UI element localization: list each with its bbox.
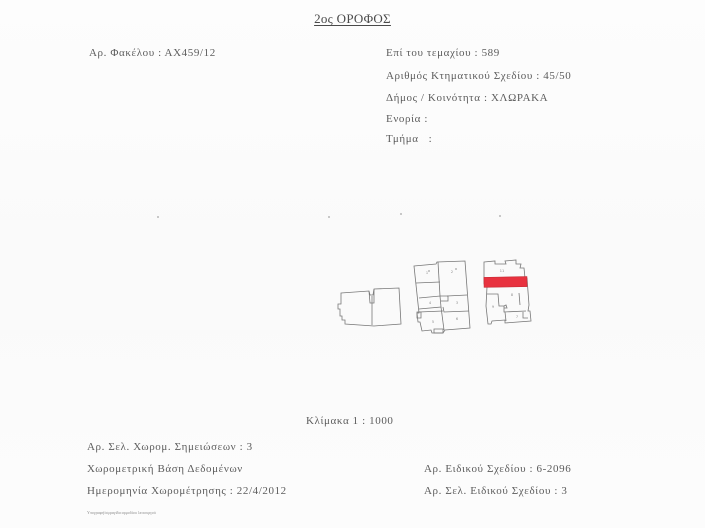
svg-text:7: 7 <box>516 315 518 319</box>
survey-db-label: Χωρομετρική Βάση Δεδομένων <box>87 463 243 475</box>
svg-text:9: 9 <box>492 305 494 309</box>
highlighted-unit <box>484 277 527 288</box>
special-plan-value: 6-2096 <box>537 463 572 475</box>
survey-sheets-value: 3 <box>247 441 253 453</box>
survey-date-label: Ημερομηνία Χωρομέτρησης <box>87 485 226 497</box>
svg-text:1: 1 <box>426 271 428 275</box>
signature-note: Υπογραφή/σφραγίδα αρμοδίου λειτουργού <box>87 510 156 515</box>
svg-text:4: 4 <box>429 301 432 305</box>
special-plan-label: Αρ. Ειδικού Σχεδίου <box>424 463 526 475</box>
svg-text:8: 8 <box>511 293 513 297</box>
right-building-outline <box>484 260 531 324</box>
survey-db-row: Χωρομετρική Βάση Δεδομένων <box>87 463 243 475</box>
survey-sheets-row: Αρ. Σελ. Χωρομ. Σημειώσεων : 3 <box>87 441 253 453</box>
left-building-outline <box>338 288 401 326</box>
document-page: 2ος ΟΡΟΦΟΣ Αρ. Φακέλου : ΑΧ459/12 Επί το… <box>0 0 705 528</box>
svg-text:3: 3 <box>456 301 458 305</box>
special-plan-sheet-row: Αρ. Σελ. Ειδικού Σχεδίου : 3 <box>424 485 567 497</box>
scale-label: Κλίμακα 1 : 1000 <box>306 415 394 427</box>
special-plan-sheet-value: 3 <box>561 485 567 497</box>
survey-sheets-label: Αρ. Σελ. Χωρομ. Σημειώσεων <box>87 441 236 453</box>
survey-date-row: Ημερομηνία Χωρομέτρησης : 22/4/2012 <box>87 485 287 497</box>
svg-text:6: 6 <box>456 317 458 321</box>
survey-date-value: 22/4/2012 <box>237 485 287 497</box>
middle-building-outline <box>414 261 470 333</box>
special-plan-sheet-label: Αρ. Σελ. Ειδικού Σχεδίου <box>424 485 551 497</box>
svg-text:2: 2 <box>451 270 453 274</box>
svg-text:5: 5 <box>432 320 434 324</box>
special-plan-row: Αρ. Ειδικού Σχεδίου : 6-2096 <box>424 463 571 475</box>
svg-text:11: 11 <box>500 269 504 273</box>
